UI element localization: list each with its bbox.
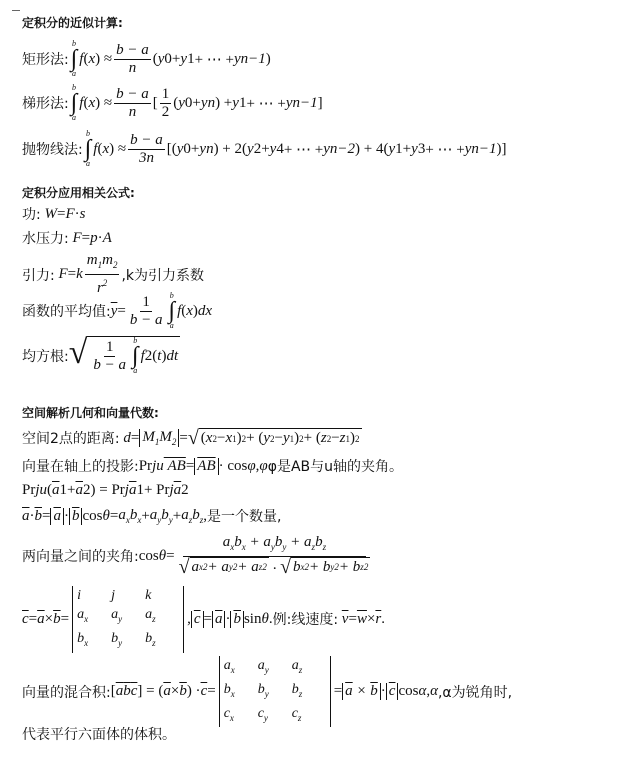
determinant-matrix: axayaz bxbybz cxcycz [219, 656, 331, 727]
note: φ是AB与u轴的夹角。 [268, 456, 403, 476]
formula-projection: 向量在轴上的投影: Pr ju AB = AB · cosφ, φ φ是AB与u… [22, 456, 403, 476]
formula-parabola: 抛物线法: b∫a f(x) ≈ b − a3n [(y0 + yn) + 2(… [22, 130, 507, 168]
formula-distance: 空间2点的距离: d = M1M2 = √(x2 − x1)2 + (y2 − … [22, 428, 362, 448]
integral-symbol: b∫a [71, 40, 78, 78]
formula-rectangle: 矩形法: b∫a f(x) ≈ b − an (y0 + y1 + ⋯ + yn… [22, 40, 271, 78]
label: 引力: [22, 265, 55, 285]
note: 是一个数量, [207, 506, 281, 526]
note: ,α为锐角时, [438, 682, 512, 702]
example-label: 例:线速度: [273, 609, 338, 629]
formula-angle: 两向量之间的夹角: cosθ = axbx + ayby + azbz √ax2… [22, 534, 374, 578]
label: 函数的平均值: [22, 301, 111, 321]
integral-symbol: b∫a [71, 84, 78, 122]
formula-pressure: 水压力: F = p·A [22, 228, 112, 248]
label: 向量的混合积: [22, 682, 111, 702]
label: 两向量之间的夹角: [22, 546, 139, 566]
label: 矩形法: [22, 49, 69, 69]
formula-mixed-product: 向量的混合积: [abc] = (a × b) · c = axayaz bxb… [22, 656, 512, 727]
label: 功: [22, 204, 41, 224]
integral-symbol: b∫a [85, 130, 92, 168]
formula-mean: 函数的平均值: y = 1b − a b∫a f(x)dx [22, 292, 212, 330]
formula-rms: 均方根: √ 1b − a b∫a f2(t)dt [22, 336, 180, 375]
note: ,k为引力系数 [121, 265, 204, 285]
sqrt: √ 1b − a b∫a f2(t)dt [69, 336, 180, 375]
formula-dot-product: a · b = a · bcosθ = axbx + ayby + azbz, … [22, 506, 281, 526]
determinant-matrix: ijk axayaz bxbybz [72, 586, 184, 653]
formula-gravity: 引力: F = k m1m2r2 ,k为引力系数 [22, 252, 204, 297]
label: 水压力: [22, 228, 69, 248]
formula-projection-sum: Pr ju(a1 + a2) = Pr ja1 + Pr ja2 [22, 482, 189, 499]
formula-work: 功: W = F·s [22, 204, 85, 224]
heading-applications: 定积分应用相关公式: [22, 184, 135, 201]
formula-cross-product: c = a × b = ijk axayaz bxbybz , c = a · … [22, 586, 385, 653]
label: 均方根: [22, 346, 69, 366]
top-margin-mark [12, 10, 20, 11]
mixed-product-tail: 代表平行六面体的体积。 [22, 724, 176, 744]
label: 抛物线法: [22, 139, 83, 159]
formula-trapezoid: 梯形法: b∫a f(x) ≈ b − an [12 (y0 + yn) + y… [22, 84, 323, 122]
heading-vectors: 空间解析几何和向量代数: [22, 404, 159, 421]
label: 梯形法: [22, 93, 69, 113]
integral-symbol: b∫a [168, 292, 175, 330]
label: 向量在轴上的投影: [22, 456, 139, 476]
heading-approx-integration: 定积分的近似计算: [22, 14, 123, 31]
label: 空间2点的距离: [22, 428, 120, 448]
